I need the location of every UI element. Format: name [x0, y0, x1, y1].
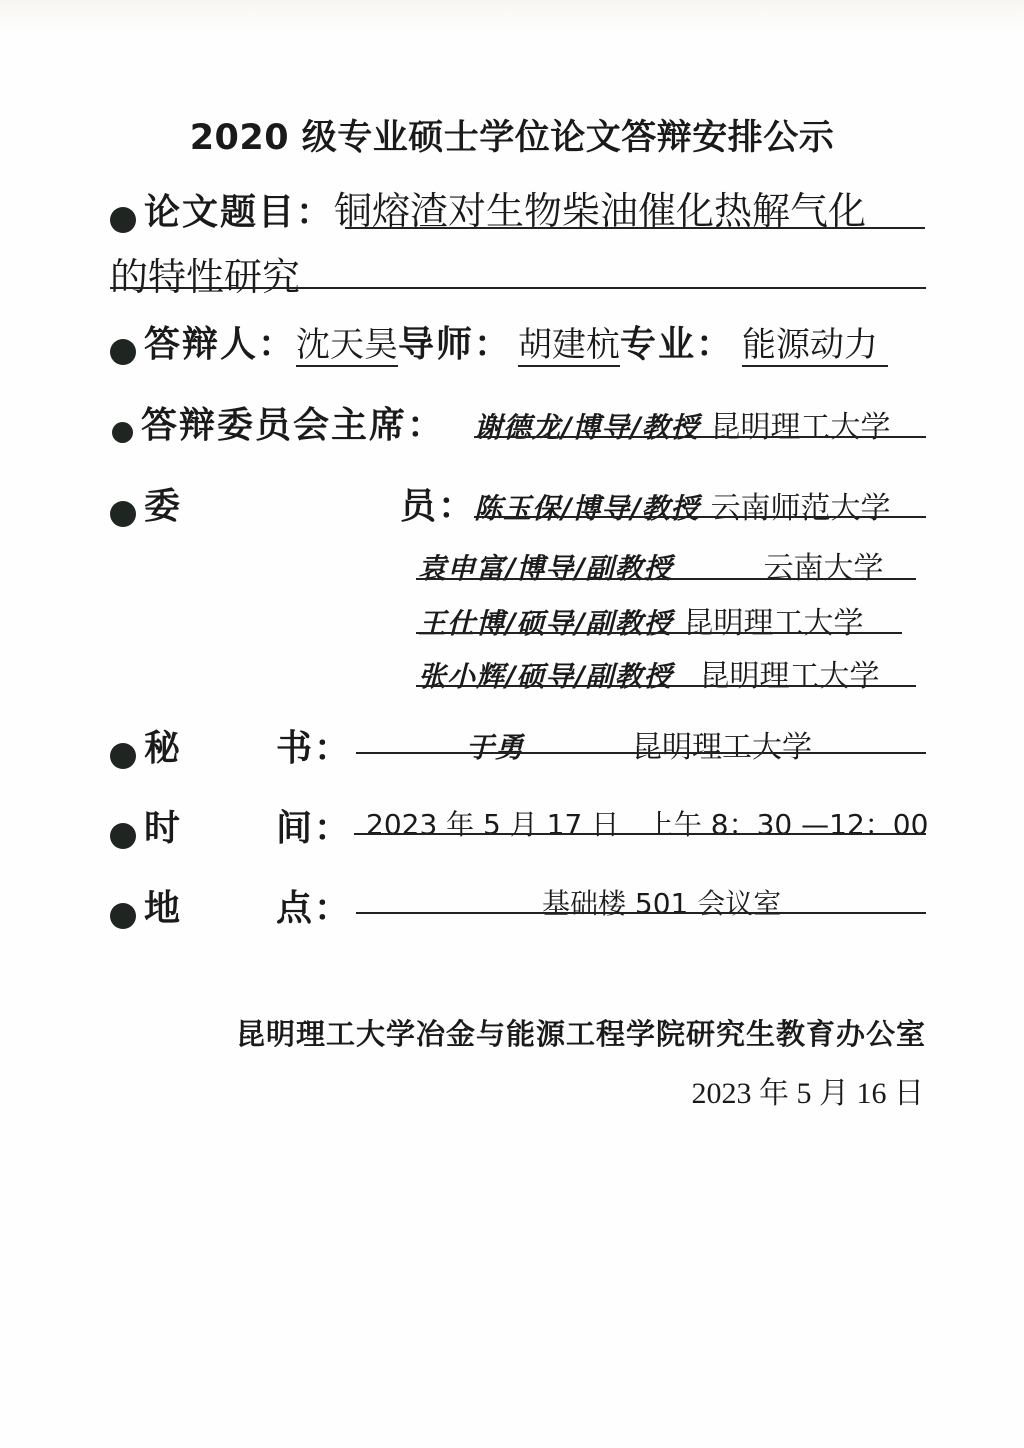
time-label-left: 时	[110, 800, 182, 851]
bullet-icon	[110, 207, 136, 233]
underline	[416, 685, 916, 687]
bullet-icon	[110, 501, 136, 527]
underline	[110, 287, 926, 289]
committee-members-label-left: 委	[110, 478, 182, 529]
committee-chair-label: 答辩委员会主席：	[141, 404, 445, 446]
defender-name: 沈天昊	[296, 325, 398, 367]
bullet-icon	[110, 743, 136, 769]
major-label: 专业：	[620, 323, 734, 365]
underline	[345, 227, 925, 229]
time-value: 2023 年 5 月 17 日 上午 8：30 —12：00	[366, 803, 928, 843]
defense-info-row: 答辩人：沈天昊导师：胡建杭专业：能源动力	[110, 316, 888, 367]
thesis-label: 论文题目：	[144, 191, 334, 233]
committee-member-2: 袁申富/博导/副教授 云南大学	[418, 543, 884, 587]
member-person: 陈玉保/博导/教授	[474, 492, 699, 525]
member-institution: 昆明理工大学	[700, 659, 880, 694]
secretary-label-right: 书：	[276, 720, 352, 771]
location-value: 基础楼 501 会议室	[542, 882, 781, 922]
bullet-icon	[110, 903, 136, 929]
bullet-icon	[112, 422, 133, 443]
secretary-label-left: 秘	[110, 720, 182, 771]
committee-chair-institution: 昆明理工大学	[711, 410, 891, 445]
underline	[416, 632, 902, 634]
underline	[474, 516, 926, 518]
advisor-name: 胡建杭	[518, 325, 620, 367]
page-title: 2020 级专业硕士学位论文答辩安排公示	[0, 110, 1024, 160]
issuing-organization: 昆明理工大学冶金与能源工程学院研究生教育办公室	[236, 1012, 926, 1053]
scan-edge	[0, 0, 1024, 30]
location-label-right: 点：	[276, 880, 352, 931]
underline	[356, 752, 926, 754]
committee-member-3: 王仕博/硕导/副教授 昆明理工大学	[418, 598, 864, 642]
underline	[354, 833, 926, 835]
committee-chair-entry: 谢德龙/博导/教授 昆明理工大学	[474, 402, 891, 446]
committee-member-4: 张小辉/硕导/副教授 昆明理工大学	[418, 651, 880, 695]
major-value: 能源动力	[742, 325, 888, 367]
member-institution: 云南师范大学	[711, 491, 891, 526]
secretary-person: 于勇	[466, 726, 524, 766]
secretary-institution: 昆明理工大学	[632, 722, 812, 766]
committee-chair-row: 答辩委员会主席：	[112, 397, 445, 448]
member-person: 袁申富/博导/副教授	[418, 552, 672, 585]
committee-member-1: 陈玉保/博导/教授 云南师范大学	[474, 483, 891, 527]
committee-members-label-right: 员：	[400, 478, 476, 529]
underline	[474, 436, 926, 438]
underline	[356, 912, 926, 914]
bullet-icon	[110, 823, 136, 849]
committee-chair-person: 谢德龙/博导/教授	[474, 411, 699, 444]
member-institution: 云南大学	[764, 551, 884, 586]
underline	[416, 578, 916, 580]
defender-label: 答辩人：	[144, 323, 296, 365]
member-institution: 昆明理工大学	[684, 606, 864, 641]
time-label-right: 间：	[276, 800, 352, 851]
member-person: 张小辉/硕导/副教授	[418, 660, 672, 693]
member-person: 王仕博/硕导/副教授	[418, 607, 672, 640]
bullet-icon	[110, 339, 136, 365]
issue-date: 2023 年 5 月 16 日	[692, 1068, 925, 1112]
location-label-left: 地	[110, 880, 182, 931]
thesis-title-line2: 的特性研究	[110, 246, 300, 301]
advisor-label: 导师：	[398, 323, 512, 365]
